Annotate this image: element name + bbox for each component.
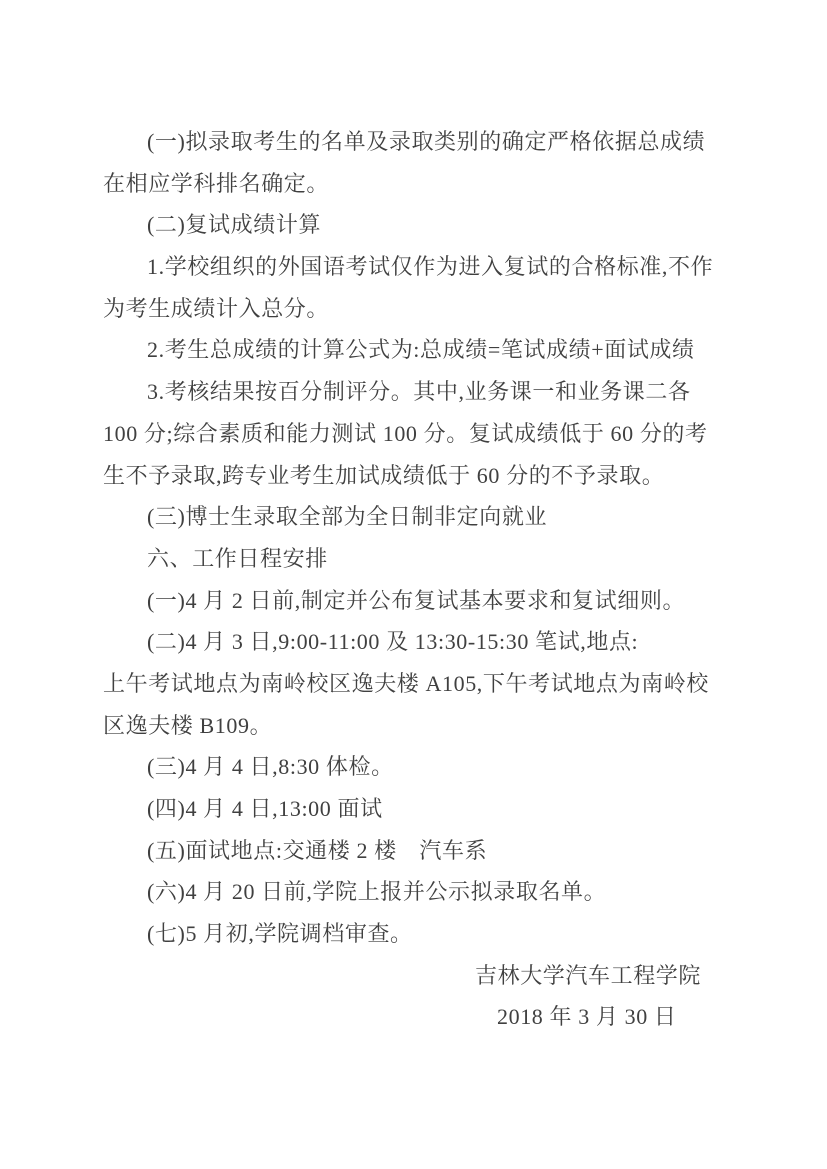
text-line-6: 2.考生总成绩的计算公式为:总成绩=笔试成绩+面试成绩: [103, 329, 763, 371]
section-heading-work-schedule: 六、工作日程安排: [103, 538, 763, 580]
text-line-2: 在相应学科排名确定。: [103, 163, 763, 205]
signature-date: 2018 年 3 月 30 日: [103, 996, 763, 1038]
text-line-9: 生不予录取,跨专业考生加试成绩低于 60 分的不予录取。: [103, 455, 763, 497]
text-line-8: 100 分;综合素质和能力测试 100 分。复试成绩低于 60 分的考: [103, 413, 763, 455]
text-line-10: (三)博士生录取全部为全日制非定向就业: [103, 496, 763, 538]
text-line-15: 区逸夫楼 B109。: [103, 705, 763, 747]
text-line-12: (一)4 月 2 日前,制定并公布复试基本要求和复试细则。: [103, 580, 763, 622]
text-line-1: (一)拟录取考生的名单及录取类别的确定严格依据总成绩: [103, 121, 763, 163]
document-page: (一)拟录取考生的名单及录取类别的确定严格依据总成绩 在相应学科排名确定。 (二…: [0, 0, 827, 1169]
text-line-5: 为考生成绩计入总分。: [103, 288, 763, 330]
document-body: (一)拟录取考生的名单及录取类别的确定严格依据总成绩 在相应学科排名确定。 (二…: [103, 121, 763, 1038]
text-line-3: (二)复试成绩计算: [103, 204, 763, 246]
text-line-16: (三)4 月 4 日,8:30 体检。: [103, 746, 763, 788]
text-line-13: (二)4 月 3 日,9:00-11:00 及 13:30-15:30 笔试,地…: [103, 621, 763, 663]
text-line-20: (七)5 月初,学院调档审查。: [103, 913, 763, 955]
text-line-14: 上午考试地点为南岭校区逸夫楼 A105,下午考试地点为南岭校: [103, 663, 763, 705]
text-line-19: (六)4 月 20 日前,学院上报并公示拟录取名单。: [103, 871, 763, 913]
signature-organization: 吉林大学汽车工程学院: [103, 955, 763, 997]
text-line-18: (五)面试地点:交通楼 2 楼 汽车系: [103, 830, 763, 872]
text-line-17: (四)4 月 4 日,13:00 面试: [103, 788, 763, 830]
text-line-7: 3.考核结果按百分制评分。其中,业务课一和业务课二各: [103, 371, 763, 413]
text-line-4: 1.学校组织的外国语考试仅作为进入复试的合格标准,不作: [103, 246, 763, 288]
